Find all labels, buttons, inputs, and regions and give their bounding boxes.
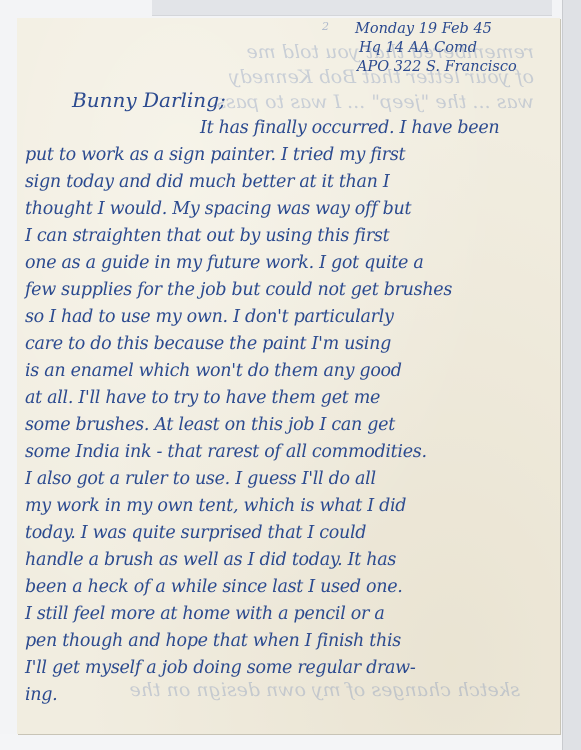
body-line: care to do this because the paint I'm us…: [25, 334, 391, 354]
scanner-background-right: [562, 0, 581, 750]
salutation: Bunny Darling;: [72, 88, 226, 112]
body-line: been a heck of a while since last I used…: [25, 577, 403, 597]
scanner-background-top: [152, 0, 552, 16]
body-line: pen though and hope that when I finish t…: [25, 631, 401, 651]
body-line: It has finally occurred. I have been: [200, 118, 499, 138]
body-line: put to work as a sign painter. I tried m…: [25, 145, 405, 165]
body-line: one as a guide in my future work. I got …: [25, 253, 423, 273]
bleed-line: sketch changes of my own design on the: [130, 678, 520, 703]
body-line: my work in my own tent, which is what I …: [25, 496, 406, 516]
body-line: I'll get myself a job doing some regular…: [25, 658, 415, 678]
body-line: I also got a ruler to use. I guess I'll …: [25, 469, 376, 489]
header-unit: Hq 14 AA Comd: [355, 39, 555, 58]
body-line: at all. I'll have to try to have them ge…: [25, 388, 380, 408]
body-line: I can straighten that out by using this …: [25, 226, 389, 246]
body-line: ing.: [25, 685, 57, 705]
body-line: few supplies for the job but could not g…: [25, 280, 452, 300]
body-line: handle a brush as well as I did today. I…: [25, 550, 396, 570]
body-line: is an enamel which won't do them any goo…: [25, 361, 402, 381]
body-line: I still feel more at home with a pencil …: [25, 604, 384, 624]
body-line: some India ink - that rarest of all comm…: [25, 442, 427, 462]
letter-header: Monday 19 Feb 45 Hq 14 AA Comd APO 322 S…: [355, 20, 555, 77]
header-address: APO 322 S. Francisco: [355, 58, 555, 77]
scanner-background-bottom: [0, 734, 562, 750]
body-line: some brushes. At least on this job I can…: [25, 415, 395, 435]
body-line: today. I was quite surprised that I coul…: [25, 523, 366, 543]
letter-page: remembered that you told me of your lett…: [17, 18, 560, 734]
body-line: so I had to use my own. I don't particul…: [25, 307, 394, 327]
header-date: Monday 19 Feb 45: [355, 20, 555, 39]
body-line: sign today and did much better at it tha…: [25, 172, 390, 192]
body-line: thought I would. My spacing was way off …: [25, 199, 411, 219]
page-number: 2: [322, 20, 329, 33]
